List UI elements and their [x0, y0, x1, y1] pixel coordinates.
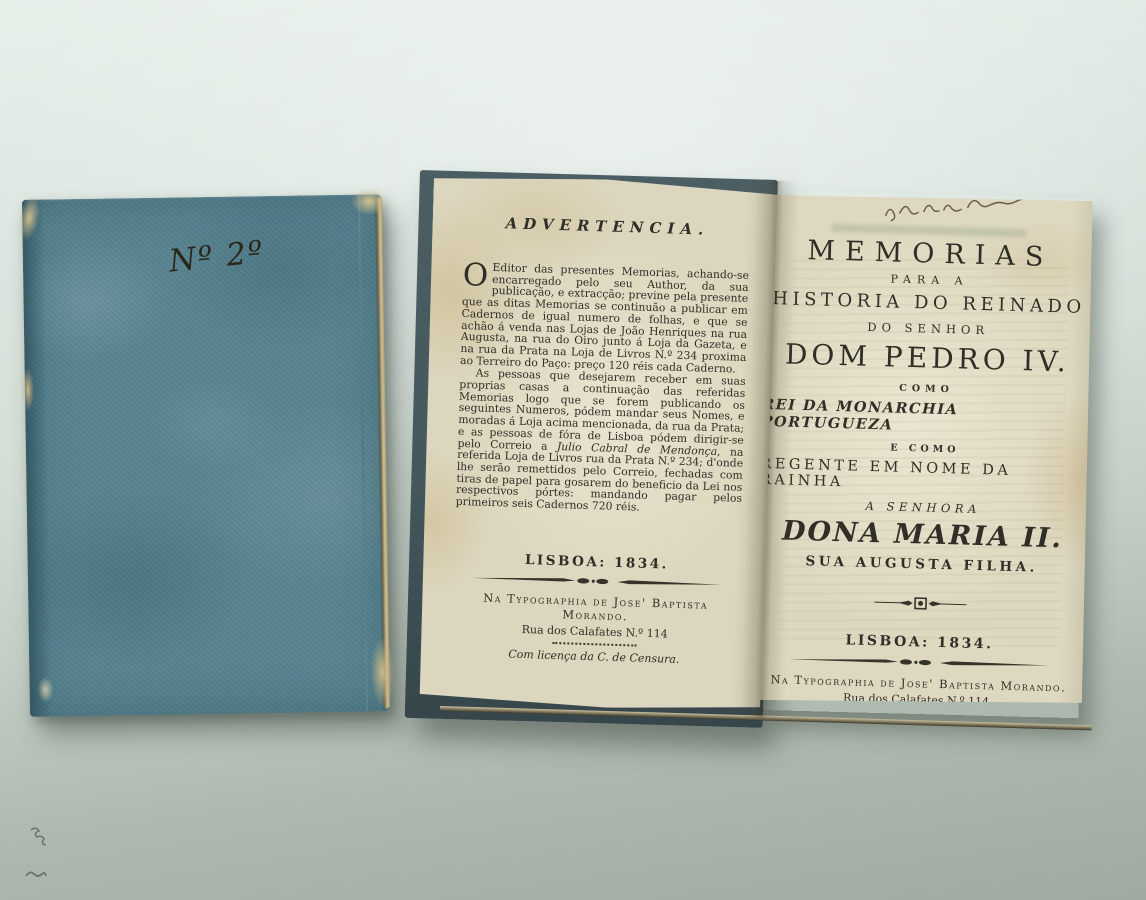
paragraph-2-text-b: , na referida Loja de Livros rua da Prat…	[456, 445, 744, 514]
title-sub1: PARA A	[890, 272, 968, 287]
photo-scene: Nº 2º ADVERTENCIA. OEditor das presentes…	[0, 0, 1146, 900]
queen-label: A SENHORA	[865, 499, 981, 516]
open-book: ADVERTENCIA. OEditor das presentes Memor…	[414, 166, 1096, 730]
advertencia-heading: ADVERTENCIA.	[464, 213, 750, 240]
worn-corner	[370, 637, 395, 707]
title-page-text: MEMORIAS PARA A HISTORIA DO REINADO DO S…	[753, 192, 1096, 735]
advertencia-paragraph-1: OEditor das presentes Memorias, achando-…	[460, 261, 749, 375]
dotted-separator	[552, 642, 636, 647]
advertencia-paragraph-2: As pessoas que desejarem receber em suas…	[456, 367, 746, 516]
drop-cap: O	[462, 261, 492, 289]
role1-label: COMO	[899, 383, 954, 396]
advertencia-page: ADVERTENCIA. OEditor das presentes Memor…	[417, 174, 777, 713]
closed-book-spine	[22, 200, 52, 717]
closed-book: Nº 2º	[22, 194, 390, 717]
title-sub3: DO SENHOR	[867, 320, 989, 337]
queen-subtitle: SUA AUGUSTA FILHA.	[805, 553, 1038, 575]
title-king: DOM PEDRO IV.	[785, 338, 1071, 379]
cover-crease	[358, 195, 368, 712]
worn-edge-spot	[22, 368, 35, 412]
tapered-rule-ornament	[789, 654, 1049, 671]
right-imprint: LISBOA: 1834.	[845, 632, 993, 652]
worn-edge-spot	[37, 676, 53, 702]
queen-name: DONA MARIA II.	[782, 516, 1064, 555]
stray-pencil-mark	[28, 824, 54, 850]
role2: REGENTE EM NOME DA RAINHA	[760, 456, 1089, 497]
title-page: MEMORIAS PARA A HISTORIA DO REINADO DO S…	[754, 192, 1096, 709]
stray-pencil-mark	[24, 866, 48, 886]
left-imprint: LISBOA: 1834.	[454, 550, 740, 575]
paragraph-1-text: Editor das presentes Memorias, achando-s…	[460, 261, 749, 375]
role1: REI DA MONARCHIA PORTUGUEZA	[761, 396, 1090, 439]
right-printer: Na Typographia de Jose' Baptista Morando…	[770, 672, 1066, 694]
title-sub2: HISTORIA DO REINADO	[772, 288, 1086, 318]
handwritten-number: Nº 2º	[167, 234, 266, 280]
title-main: MEMORIAS	[807, 235, 1054, 273]
paragraph-2-text-a: As pessoas que desejarem receber em suas…	[457, 367, 745, 453]
tapered-rule-ornament	[471, 572, 721, 590]
role2-label: E COMO	[890, 443, 959, 456]
closed-book-fore-edge	[375, 197, 390, 708]
left-censorship-licence: Com licença da C. de Censura.	[451, 646, 737, 668]
printer-fleuron-ornament	[872, 595, 968, 612]
worn-corner	[351, 187, 387, 216]
